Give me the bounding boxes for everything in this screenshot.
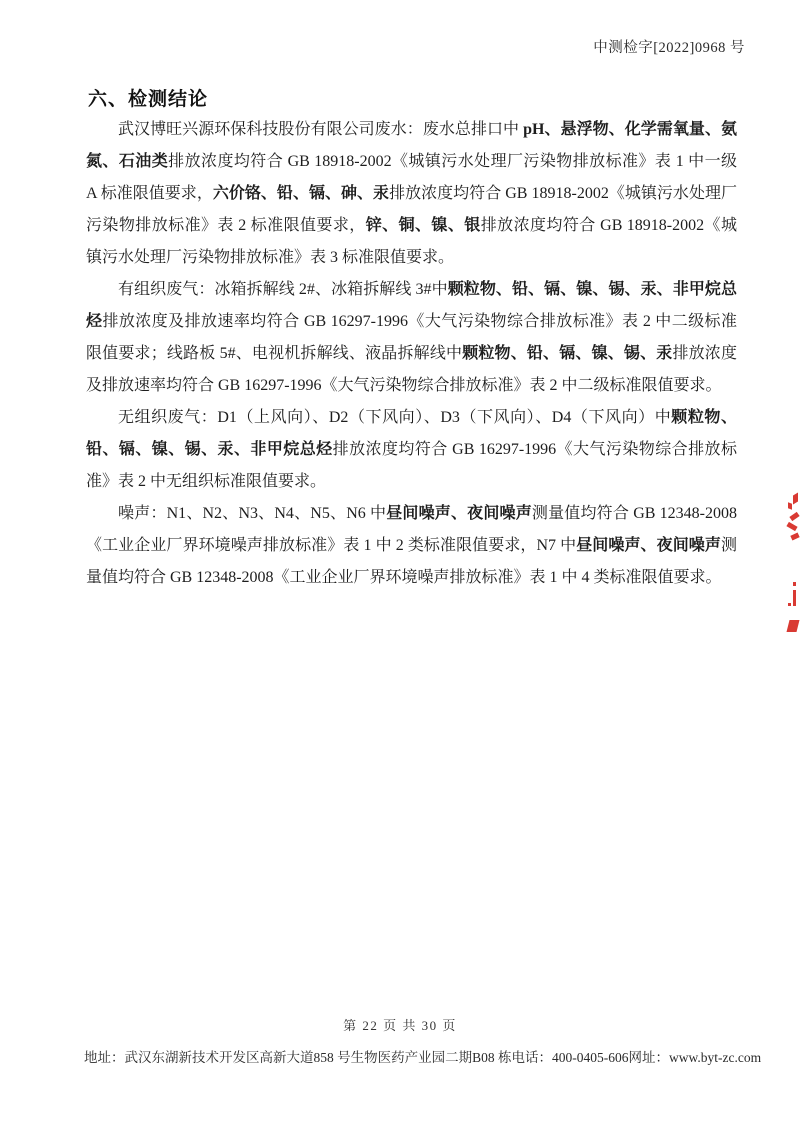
footer-phone: 电话：400-0405-606	[512, 1046, 629, 1066]
emphasized-parameter-text: 锌、铜、镍、银	[366, 217, 481, 234]
section-heading-conclusion: 六、检测结论	[88, 84, 208, 111]
footer-contact-bar: 地址：武汉东湖新技术开发区高新大道858 号生物医药产业园二期B08 栋 电话：…	[84, 1046, 736, 1066]
emphasized-parameter-text: 昼间噪声、夜间噪声	[386, 505, 532, 522]
emphasized-parameter-text: 昼间噪声、夜间噪声	[576, 537, 721, 554]
conclusion-paragraph-wastewater: 武汉博旺兴源环保科技股份有限公司废水：废水总排口中 pH、悬浮物、化学需氧量、氨…	[86, 114, 737, 274]
conclusion-paragraph-fugitive-exhaust: 无组织废气：D1（上风向）、D2（下风向）、D3（下风向）、D4（下风向）中颗粒…	[86, 402, 737, 498]
body-text: 无组织废气：D1（上风向）、D2（下风向）、D3（下风向）、D4（下风向）中	[118, 409, 671, 426]
conclusion-paragraph-noise: 噪声：N1、N2、N3、N4、N5、N6 中昼间噪声、夜间噪声测量值均符合 GB…	[86, 498, 737, 594]
red-seal-fragment	[786, 470, 800, 645]
body-text: 有组织废气：冰箱拆解线 2#、冰箱拆解线 3#中	[118, 281, 448, 298]
emphasized-parameter-text: 六价铬、铅、镉、砷、汞	[213, 185, 389, 202]
footer-website: 网址：www.byt-zc.com	[629, 1046, 762, 1066]
body-text: 武汉博旺兴源环保科技股份有限公司废水：废水总排口中	[118, 121, 523, 138]
conclusion-body: 武汉博旺兴源环保科技股份有限公司废水：废水总排口中 pH、悬浮物、化学需氧量、氨…	[86, 114, 737, 594]
conclusion-paragraph-organized-exhaust: 有组织废气：冰箱拆解线 2#、冰箱拆解线 3#中颗粒物、铅、镉、镍、锡、汞、非甲…	[86, 274, 737, 402]
body-text: 噪声：N1、N2、N3、N4、N5、N6 中	[118, 505, 386, 522]
footer-address: 地址：武汉东湖新技术开发区高新大道858 号生物医药产业园二期B08 栋	[84, 1046, 512, 1066]
emphasized-parameter-text: 颗粒物、铅、镉、镍、锡、汞	[462, 345, 672, 362]
report-page: 中测检字[2022]0968 号 六、检测结论 武汉博旺兴源环保科技股份有限公司…	[0, 0, 800, 1131]
page-number-indicator: 第 22 页 共 30 页	[0, 1015, 800, 1034]
document-number: 中测检字[2022]0968 号	[593, 36, 745, 57]
